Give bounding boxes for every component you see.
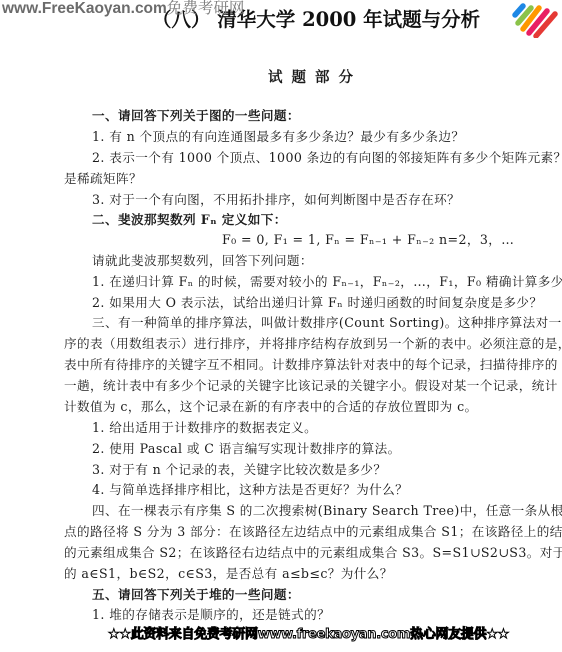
q3-paragraph-line-5: 计数值为 c，那么，这个记录在新的有序表中的合适的存放位置即为 c。 — [64, 399, 478, 415]
q2-formula: F₀ = 0, F₁ = 1, Fₙ = Fₙ₋₁ + Fₙ₋₂ n=2，3，… — [222, 232, 514, 248]
q5-heading: 五、请回答下列关于堆的一些问题： — [92, 587, 300, 603]
q1-item-3: 3. 对于一个有向图，不用拓扑排序，如何判断图中是否存在环？ — [92, 192, 460, 208]
watermark-url: www.FreeKaoyan.com — [2, 0, 167, 17]
q2-heading: 二、斐波那契数列 Fₙ 定义如下： — [92, 212, 287, 228]
q3-item-1: 1. 给出适用于计数排序的数据表定义。 — [92, 420, 317, 436]
watermark-cn: 免费考研网 — [167, 0, 245, 17]
q3-paragraph-line-4: 一趟，统计表中有多少个记录的关键字比该记录的关键字小。假设对某一个记录，统计 — [64, 378, 558, 394]
q4-paragraph-line-3: 的元素组成集合 S2；在该路径右边结点中的元素组成集合 S3。S=S1∪S2∪S… — [64, 545, 562, 561]
q3-item-2: 2. 使用 Pascal 或 C 语言编写实现计数排序的算法。 — [92, 441, 401, 457]
section-heading: 试题部分 — [268, 66, 362, 87]
q1-heading: 一、请回答下列关于图的一些问题： — [92, 108, 300, 124]
q1-item-2-cont: 是稀疏矩阵？ — [64, 171, 142, 187]
colorful-stripes-logo-icon — [512, 2, 558, 38]
q3-paragraph-line-2: 序的表（用数组表示）进行排序，并将排序结构存放到另一个新的表中。必须注意的是， — [64, 336, 562, 352]
q3-item-3: 3. 对于有 n 个记录的表，关键字比较次数是多少？ — [92, 462, 386, 478]
q2-intro: 请就此斐波那契数列，回答下列问题： — [92, 253, 313, 269]
q3-paragraph-line-1: 三、有一种简单的排序算法，叫做计数排序(Count Sorting)。这种排序算… — [92, 315, 562, 331]
q5-item-1: 1. 堆的存储表示是顺序的，还是链式的？ — [92, 607, 330, 623]
watermark: www.FreeKaoyan.com免费考研网 — [2, 0, 244, 18]
q2-item-1: 1. 在递归计算 Fₙ 的时候，需要对较小的 Fₙ₋₁，Fₙ₋₂，…，F₁，F₀… — [92, 274, 562, 290]
q4-paragraph-line-4: 的 a∈S1，b∈S2，c∈S3，是否总有 a≤b≤c？为什么？ — [64, 566, 393, 582]
q1-item-1: 1. 有 n 个顶点的有向连通图最多有多少条边？最少有多少条边？ — [92, 129, 464, 145]
q3-item-4: 4. 与简单选择排序相比，这种方法是否更好？为什么？ — [92, 482, 408, 498]
q2-item-2: 2. 如果用大 O 表示法，试给出递归计算 Fₙ 时递归函数的时间复杂度是多少？ — [92, 295, 542, 311]
footer-attribution: ★★此资料来自免费考研网www.freekaoyan.com热心网友提供★★ — [108, 627, 509, 643]
q3-paragraph-line-3: 表中所有待排序的关键字互不相同。计数排序算法针对表中的每个记录，扫描待排序的 — [64, 357, 558, 373]
q4-paragraph-line-1: 四、在一棵表示有序集 S 的二次搜索树(Binary Search Tree)中… — [92, 503, 562, 519]
q4-paragraph-line-2: 点的路径将 S 分为 3 部分：在该路径左边结点中的元素组成集合 S1；在该路径… — [64, 524, 562, 540]
q1-item-2: 2. 表示一个有 1000 个顶点、1000 条边的有向图的邻接矩阵有多少个矩阵… — [92, 150, 562, 166]
